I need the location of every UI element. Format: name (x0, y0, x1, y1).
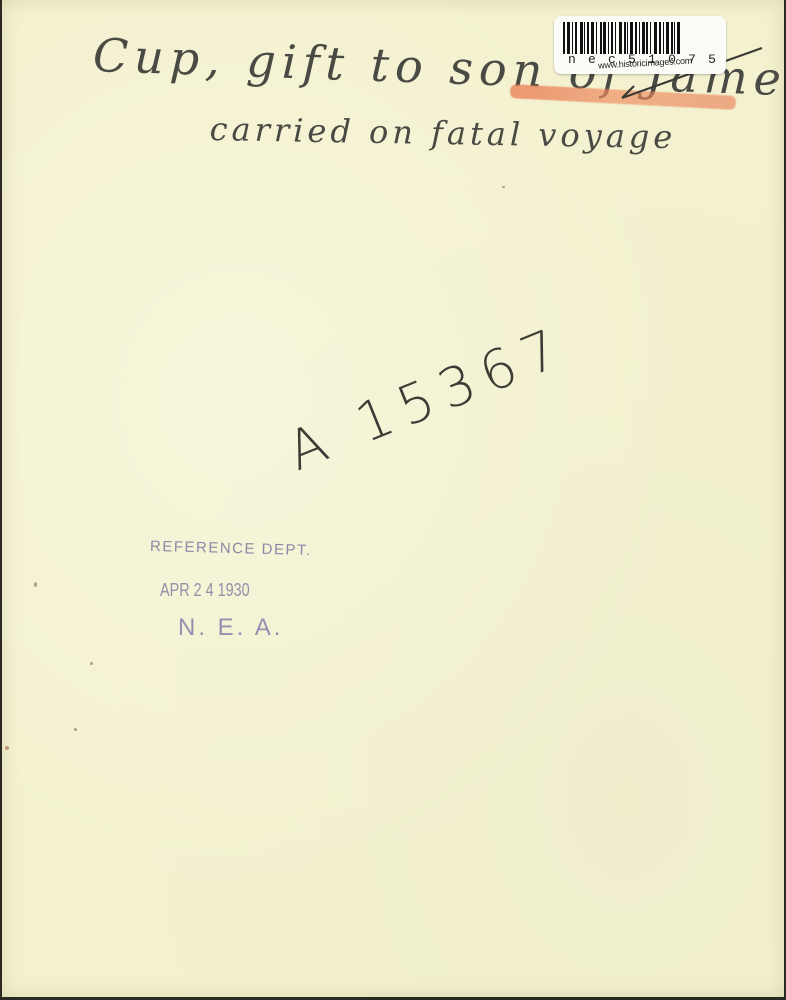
barcode-digit: e (588, 52, 596, 67)
barcode-label: n e c 5 1 0 7 5 www.historicimages.com (554, 16, 726, 74)
handwritten-file-number: A 15367 (278, 314, 576, 483)
handwritten-caption-line-2: carried on fatal voyage (209, 110, 676, 156)
paper-speck (74, 728, 77, 731)
photo-back-paper: Cup, gift to son of James C. Bird carrie… (2, 0, 784, 997)
barcode-digit: n (568, 52, 576, 67)
paper-speck (90, 662, 93, 665)
paper-speck (502, 186, 505, 188)
barcode-digit: 5 (708, 52, 716, 67)
paper-speck (34, 582, 37, 587)
barcode-icon (563, 22, 717, 54)
stamp-nea: N. E. A. (178, 614, 283, 642)
stamp-date: APR 2 4 1930 (160, 580, 250, 601)
stamp-reference-dept: REFERENCE DEPT. (150, 538, 312, 559)
paper-speck (5, 746, 9, 750)
